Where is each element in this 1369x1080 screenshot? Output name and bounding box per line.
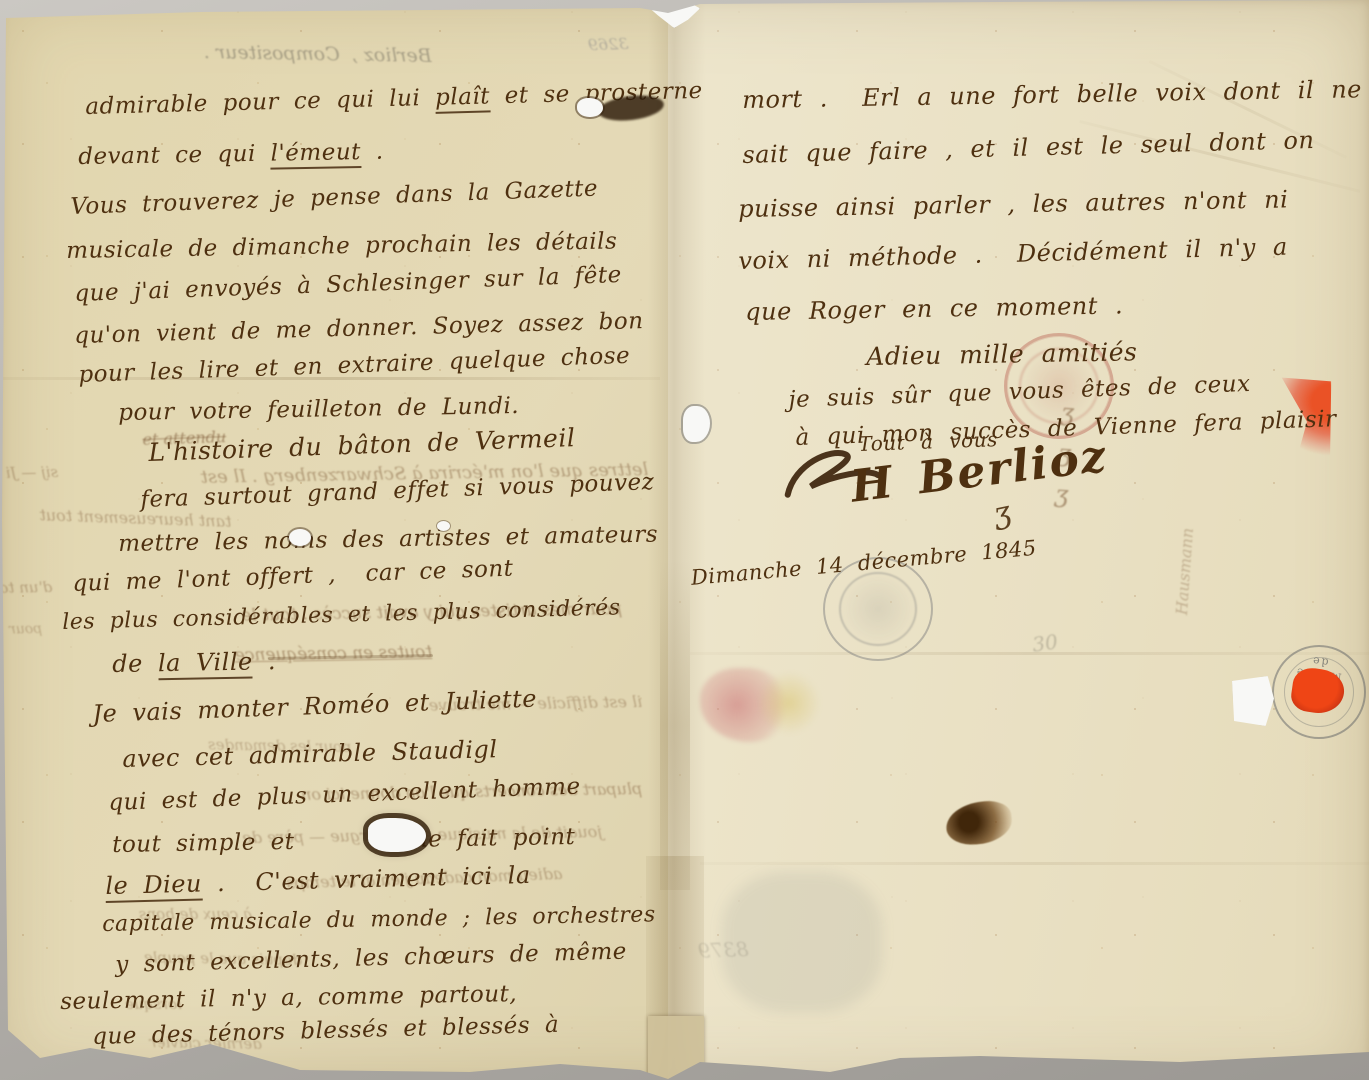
paper-chip bbox=[577, 98, 603, 117]
letter-sheet: Musée de Berlioz , Compositeur .3269et a… bbox=[0, 0, 1369, 1080]
paper-chip bbox=[289, 529, 311, 546]
burn-hole bbox=[368, 818, 426, 852]
red-postmark-stamp bbox=[1004, 333, 1114, 439]
photograph-backdrop: Musée de Berlioz , Compositeur .3269et a… bbox=[0, 0, 1369, 1080]
museum-stamp: Musée de bbox=[1272, 645, 1366, 739]
left-page bbox=[0, 0, 668, 1080]
white-paper-patch bbox=[1232, 676, 1274, 726]
red-postmark-inner bbox=[1019, 348, 1099, 424]
fold-crease bbox=[690, 652, 1369, 655]
fold-crease bbox=[0, 377, 660, 380]
paper-chip bbox=[437, 521, 450, 531]
center-fold-crease bbox=[648, 0, 706, 1080]
gray-postmark-inner bbox=[839, 572, 917, 646]
fold-crease bbox=[700, 862, 1369, 865]
